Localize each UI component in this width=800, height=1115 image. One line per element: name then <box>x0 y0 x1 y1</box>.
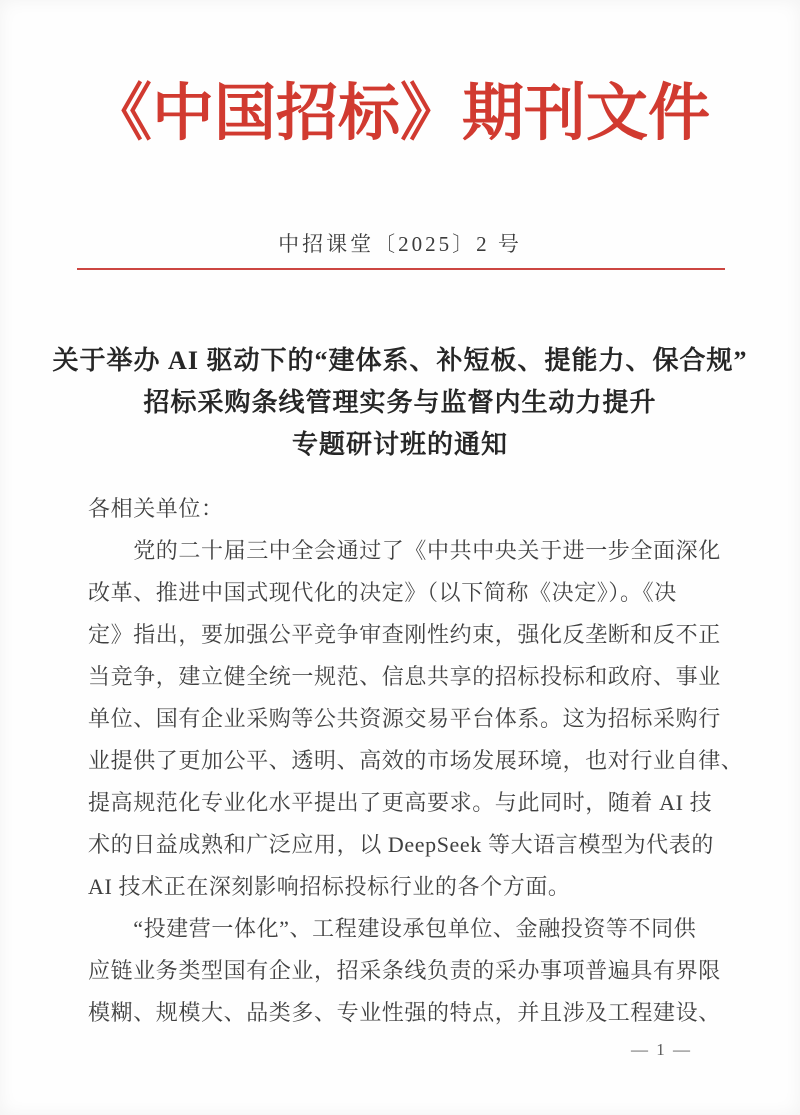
notice-title-line1: 关于举办 AI 驱动下的“建体系、补短板、提能力、保合规” <box>0 340 800 382</box>
salutation: 各相关单位： <box>88 488 722 530</box>
notice-title-line3: 专题研讨班的通知 <box>0 424 800 466</box>
body-line: 应链业务类型国有企业，招采条线负责的采办事项普遍具有界限 <box>88 950 722 992</box>
body-line: AI 技术正在深刻影响招标投标行业的各个方面。 <box>88 866 722 908</box>
body-line: 业提供了更加公平、透明、高效的市场发展环境，也对行业自律、 <box>88 740 722 782</box>
body-line: 提高规范化专业化水平提出了更高要求。与此同时，随着 AI 技 <box>88 782 722 824</box>
body-line: 定》指出，要加强公平竞争审查刚性约束，强化反垄断和反不正 <box>88 614 722 656</box>
body-line: 改革、推进中国式现代化的决定》（以下简称《决定》）。《决 <box>88 572 722 614</box>
body-line: 模糊、规模大、品类多、专业性强的特点，并且涉及工程建设、 <box>88 992 722 1034</box>
page-number: — 1 — <box>631 1040 692 1060</box>
masthead-title: 《中国招标》期刊文件 <box>0 68 800 161</box>
body-line: 单位、国有企业采购等公共资源交易平台体系。这为招标采购行 <box>88 698 722 740</box>
doc-number: 中招课堂〔2025〕2 号 <box>0 228 800 258</box>
notice-title-line2: 招标采购条线管理实务与监督内生动力提升 <box>0 382 800 424</box>
body-line: 当竞争，建立健全统一规范、信息共享的招标投标和政府、事业 <box>88 656 722 698</box>
red-divider-rule <box>77 268 725 270</box>
body-line: “投建营一体化”、工程建设承包单位、金融投资等不同供 <box>88 908 722 950</box>
notice-title: 关于举办 AI 驱动下的“建体系、补短板、提能力、保合规” 招标采购条线管理实务… <box>0 340 800 466</box>
body-text: 各相关单位： 党的二十届三中全会通过了《中共中央关于进一步全面深化 改革、推进中… <box>88 488 722 1034</box>
body-line: 党的二十届三中全会通过了《中共中央关于进一步全面深化 <box>88 530 722 572</box>
body-line: 术的日益成熟和广泛应用，以 DeepSeek 等大语言模型为代表的 <box>88 824 722 866</box>
document-page: 《中国招标》期刊文件 中招课堂〔2025〕2 号 关于举办 AI 驱动下的“建体… <box>0 0 800 1115</box>
